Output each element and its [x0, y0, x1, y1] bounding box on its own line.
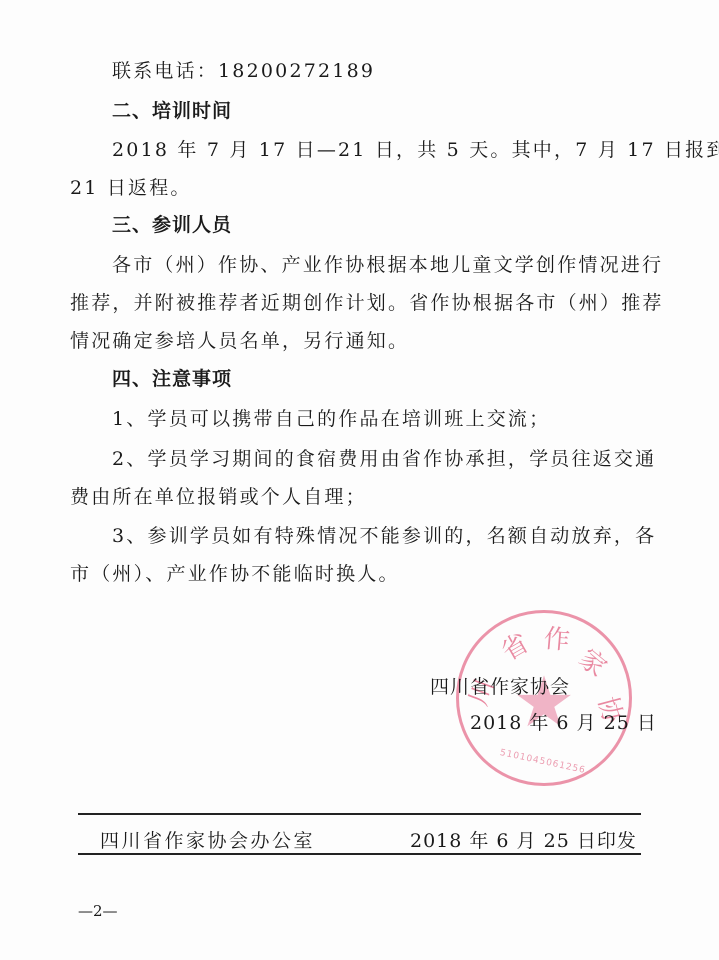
paragraph-line: 21 日返程。 [70, 173, 192, 200]
signature-date: 2018 年 6 月 25 日 [470, 708, 657, 735]
paragraph-line: 各市（州）作协、产业作协根据本地儿童文学创作情况进行 [112, 250, 663, 277]
paragraph-line: 推荐，并附被推荐者近期创作计划。省作协根据各市（州）推荐 [70, 288, 664, 315]
footer-issued-date: 2018 年 6 月 25 日印发 [410, 826, 637, 853]
section-heading-notes: 四、注意事项 [112, 364, 232, 391]
footer-office: 四川省作家协会办公室 [100, 826, 315, 853]
paragraph-line: 3、参训学员如有特殊情况不能参训的，名额自动放弃，各 [112, 521, 656, 548]
paragraph-line: 1、学员可以携带自己的作品在培训班上交流； [112, 404, 550, 431]
paragraph-line: 情况确定参培人员名单，另行通知。 [70, 326, 409, 353]
footer-bottom-rule [78, 853, 641, 855]
contact-phone: 联系电话：18200272189 [112, 56, 375, 83]
paragraph-line: 市（州）、产业作协不能临时换人。 [70, 559, 400, 586]
signature-org: 四川省作家协会 [430, 672, 570, 699]
section-heading-participants: 三、参训人员 [112, 210, 232, 237]
seal-char: 家 [572, 639, 616, 684]
paragraph-line: 费由所在单位报销或个人自理； [70, 482, 367, 509]
seal-char: 作 [542, 618, 571, 657]
page-number: —2— [78, 902, 118, 920]
footer-top-rule [78, 813, 641, 815]
paragraph-line: 2018 年 7 月 17 日—21 日，共 5 天。其中，7 月 17 日报到… [112, 135, 719, 162]
paragraph-line: 2、学员学习期间的食宿费用由省作协承担，学员往返交通 [112, 444, 656, 471]
section-heading-training-time: 二、培训时间 [112, 96, 232, 123]
seal-number: 5101045061256 [499, 748, 587, 776]
